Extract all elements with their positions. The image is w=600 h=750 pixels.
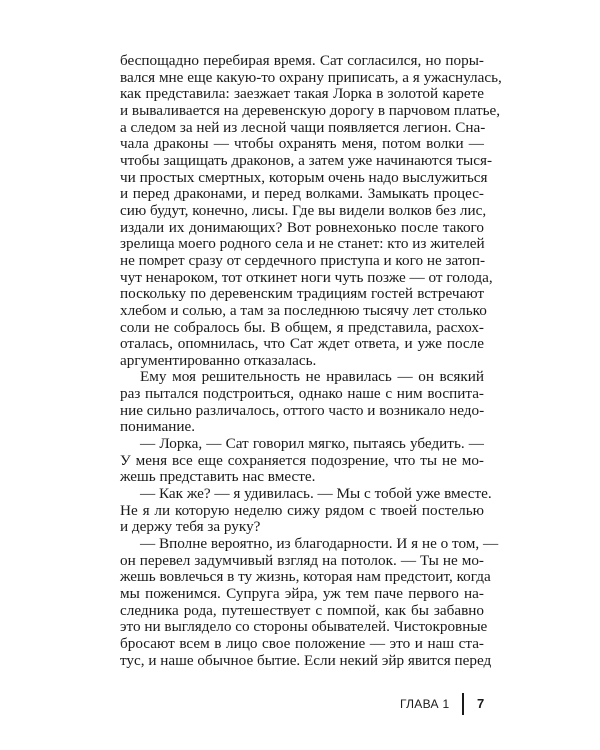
text-line: понимание. (120, 419, 484, 436)
text-line: У меня все еще сохраняется подозрение, ч… (120, 453, 484, 470)
text-line: соли не собралось бы. В общем, я предста… (120, 320, 484, 337)
text-line: а следом за ней из лесной чащи появляетс… (120, 120, 484, 137)
text-line: он перевел задумчивый взгляд на потолок.… (120, 553, 484, 570)
text-line: — Лорка, — Сат говорил мягко, пытаясь уб… (120, 436, 484, 453)
text-line: чтобы защищать драконов, а затем уже нач… (120, 153, 484, 170)
text-line: сию будут, конечно, лисы. Где вы видели … (120, 203, 484, 220)
chapter-label: ГЛАВА 1 (400, 697, 449, 711)
text-line: и перед драконами, и перед волками. Замы… (120, 186, 484, 203)
body-text: беспощадно перебирая время. Сат согласил… (120, 53, 484, 669)
text-line: Не я ли которую неделю сижу рядом с твое… (120, 503, 484, 520)
text-line: тус, и наше обычное бытие. Если некий эй… (120, 653, 484, 670)
text-line: — Как же? — я удивилась. — Мы с тобой уж… (120, 486, 484, 503)
running-footer: ГЛАВА 1 7 (380, 693, 490, 715)
text-line: поскольку по деревенским традициям госте… (120, 286, 484, 303)
text-line: — Вполне вероятно, из благодарности. И я… (120, 536, 484, 553)
page-number: 7 (477, 696, 484, 711)
text-line: аргументированно отказалась. (120, 353, 484, 370)
text-line: чи простых смертных, которым очень надо … (120, 170, 484, 187)
text-line: как представила: заезжает такая Лорка в … (120, 86, 484, 103)
text-line: издали их донимающих? Вот ровнехонько по… (120, 220, 484, 237)
text-line: Ему моя решительность не нравилась — он … (120, 369, 484, 386)
text-line: жешь вовлечься в ту жизнь, которая нам п… (120, 569, 484, 586)
text-line: раз пытался подстроиться, однако наше с … (120, 386, 484, 403)
text-line: ние сильно различалось, оттого часто и в… (120, 403, 484, 420)
text-line: не помрет сразу от сердечного приступа и… (120, 253, 484, 270)
text-line: мы поженимся. Супруга эйра, уж тем паче … (120, 586, 484, 603)
text-line: и вываливается на деревенскую дорогу в п… (120, 103, 484, 120)
text-line: чала драконы — чтобы охранять меня, пото… (120, 136, 484, 153)
book-page: беспощадно перебирая время. Сат согласил… (0, 0, 600, 750)
text-line: и держу тебя за руку? (120, 519, 484, 536)
text-line: чут ненароком, тот откинет ноги чуть поз… (120, 270, 484, 287)
text-line: хлебом и солью, а там за последнюю тысяч… (120, 303, 484, 320)
text-line: это ни выглядело со стороны обывателей. … (120, 619, 484, 636)
text-line: бросают всем в лицо свое положение — это… (120, 636, 484, 653)
text-line: оталась, опомнилась, что Сат ждет ответа… (120, 336, 484, 353)
text-line: следника рода, путешествует с помпой, ка… (120, 603, 484, 620)
text-line: зрелища моего родного села и не станет: … (120, 236, 484, 253)
text-line: жешь представить нас вместе. (120, 469, 484, 486)
text-line: беспощадно перебирая время. Сат согласил… (120, 53, 484, 70)
footer-divider (462, 693, 464, 715)
text-line: вался мне еще какую-то охрану приписать,… (120, 70, 484, 87)
